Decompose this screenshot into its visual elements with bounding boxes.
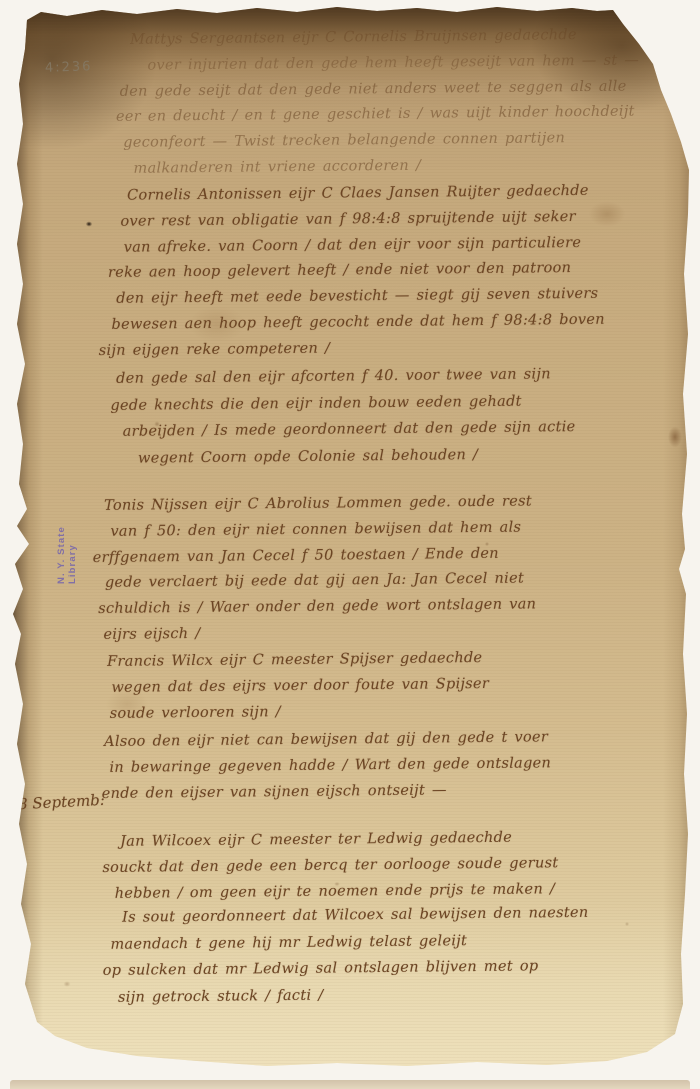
manuscript-line: sijn eijgen reke competeren / [99, 333, 606, 364]
manuscript-paragraph: Mattys Sergeantsen eijr C Cornelis Bruij… [107, 22, 640, 182]
library-ownership-stamp: N. Y. State Library [56, 502, 78, 584]
manuscript-line: wegent Coorn opde Colonie sal behouden / [138, 441, 576, 472]
margin-date-note: 8 Septemb: [18, 791, 106, 814]
manuscript-line: soude verlooren sijn / [110, 698, 490, 728]
archival-page-number: 4:236 [45, 59, 93, 76]
manuscript-line: van f 50: den eijr niet connen bewijsen … [110, 515, 535, 545]
manuscript-line: Francis Wilcx eijr C meester Spijser ged… [107, 646, 489, 676]
document-scan: { "document": { "kind": "17th-century Du… [0, 0, 700, 1089]
manuscript-line: in bewaringe gegeven hadde / Wart den ge… [109, 751, 551, 781]
manuscript-line: wegen dat des eijrs voer door foute van … [111, 672, 489, 702]
manuscript-paragraph: Alsoo den eijr niet can bewijsen dat gij… [99, 725, 552, 807]
manuscript-line: den gede sal den eijr afcorten f 40. voo… [116, 361, 575, 392]
manuscript-paragraph: Francis Wilcx eijr C meester Spijser ged… [99, 646, 490, 727]
manuscript-line: bewesen aen hoop heeft gecocht ende dat … [111, 308, 605, 339]
manuscript-line: geconfeort — Twist trecken belangende co… [123, 126, 640, 157]
manuscript-line: sijn getrock stuck / facti / [118, 979, 590, 1010]
manuscript-line: eijrs eijsch / [103, 618, 536, 648]
manuscript-line: Is sout geordonneert dat Wilcoex sal bew… [122, 900, 589, 931]
manuscript-paragraph: den gede sal den eijr afcorten f 40. voo… [102, 361, 576, 472]
manuscript-paragraph: Cornelis Antonissen eijr C Claes Jansen … [95, 179, 605, 365]
manuscript-line: arbeijden / Is mede geordonneert dat den… [123, 414, 576, 445]
paper-sheet: 4:236 N. Y. State Library 8 Septemb: Mat… [7, 4, 693, 1072]
manuscript-paragraph: Jan Wilcoex eijr C meester ter Ledwig ge… [102, 825, 559, 907]
manuscript-line: malkanderen int vriene accorderen / [133, 151, 640, 182]
manuscript-line: op sulcken dat mr Ledwig sal ontslagen b… [103, 953, 590, 985]
manuscript-line: schuldich is / Waer onder den gede wort … [98, 593, 536, 623]
manuscript-paragraph: Is sout geordonneert dat Wilcoex sal bew… [92, 900, 589, 1011]
next-page-edge [10, 1080, 690, 1089]
manuscript-line: ende den eijser van sijnen eijsch ontsei… [102, 777, 552, 808]
manuscript-paragraph: Tonis Nijssen eijr C Abrolius Lommen ged… [92, 489, 537, 648]
manuscript-line: over injurien dat den gede hem heeft ges… [147, 48, 639, 79]
